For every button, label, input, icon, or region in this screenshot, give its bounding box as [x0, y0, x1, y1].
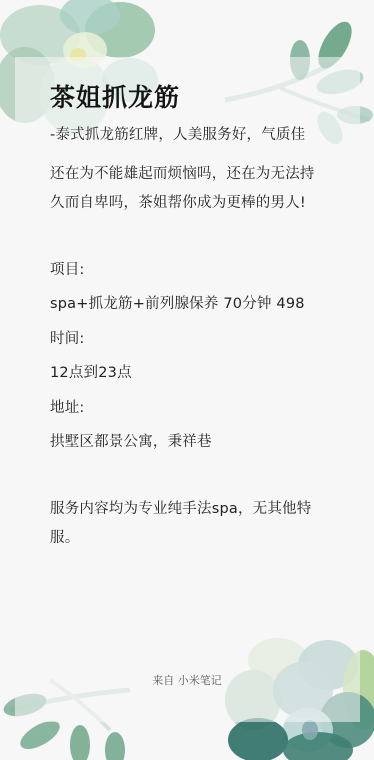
project-value: spa+抓龙筋+前列腺保养 70分钟 498: [50, 292, 305, 313]
intro-line-2: 久而自卑吗，茶姐帮你成为更棒的男人!: [50, 191, 306, 212]
time-value: 12点到23点: [50, 361, 132, 382]
note-subtitle: -泰式抓龙筋红牌，人美服务好，气质佳: [50, 123, 305, 144]
note-title: 茶姐抓龙筋: [50, 78, 180, 114]
address-label: 地址:: [50, 396, 85, 417]
address-value: 拱墅区都景公寓，秉祥巷: [50, 430, 212, 451]
note-card-overlay: [15, 57, 360, 722]
intro-line-1: 还在为不能雄起而烦恼吗，还在为无法持: [50, 162, 315, 183]
footer-source: 来自 小米笔记: [0, 672, 374, 688]
disclaimer-line-2: 服。: [50, 526, 79, 547]
project-label: 项目:: [50, 258, 85, 279]
time-label: 时间:: [50, 327, 85, 348]
disclaimer-line-1: 服务内容均为专业纯手法spa，无其他特: [50, 497, 311, 518]
